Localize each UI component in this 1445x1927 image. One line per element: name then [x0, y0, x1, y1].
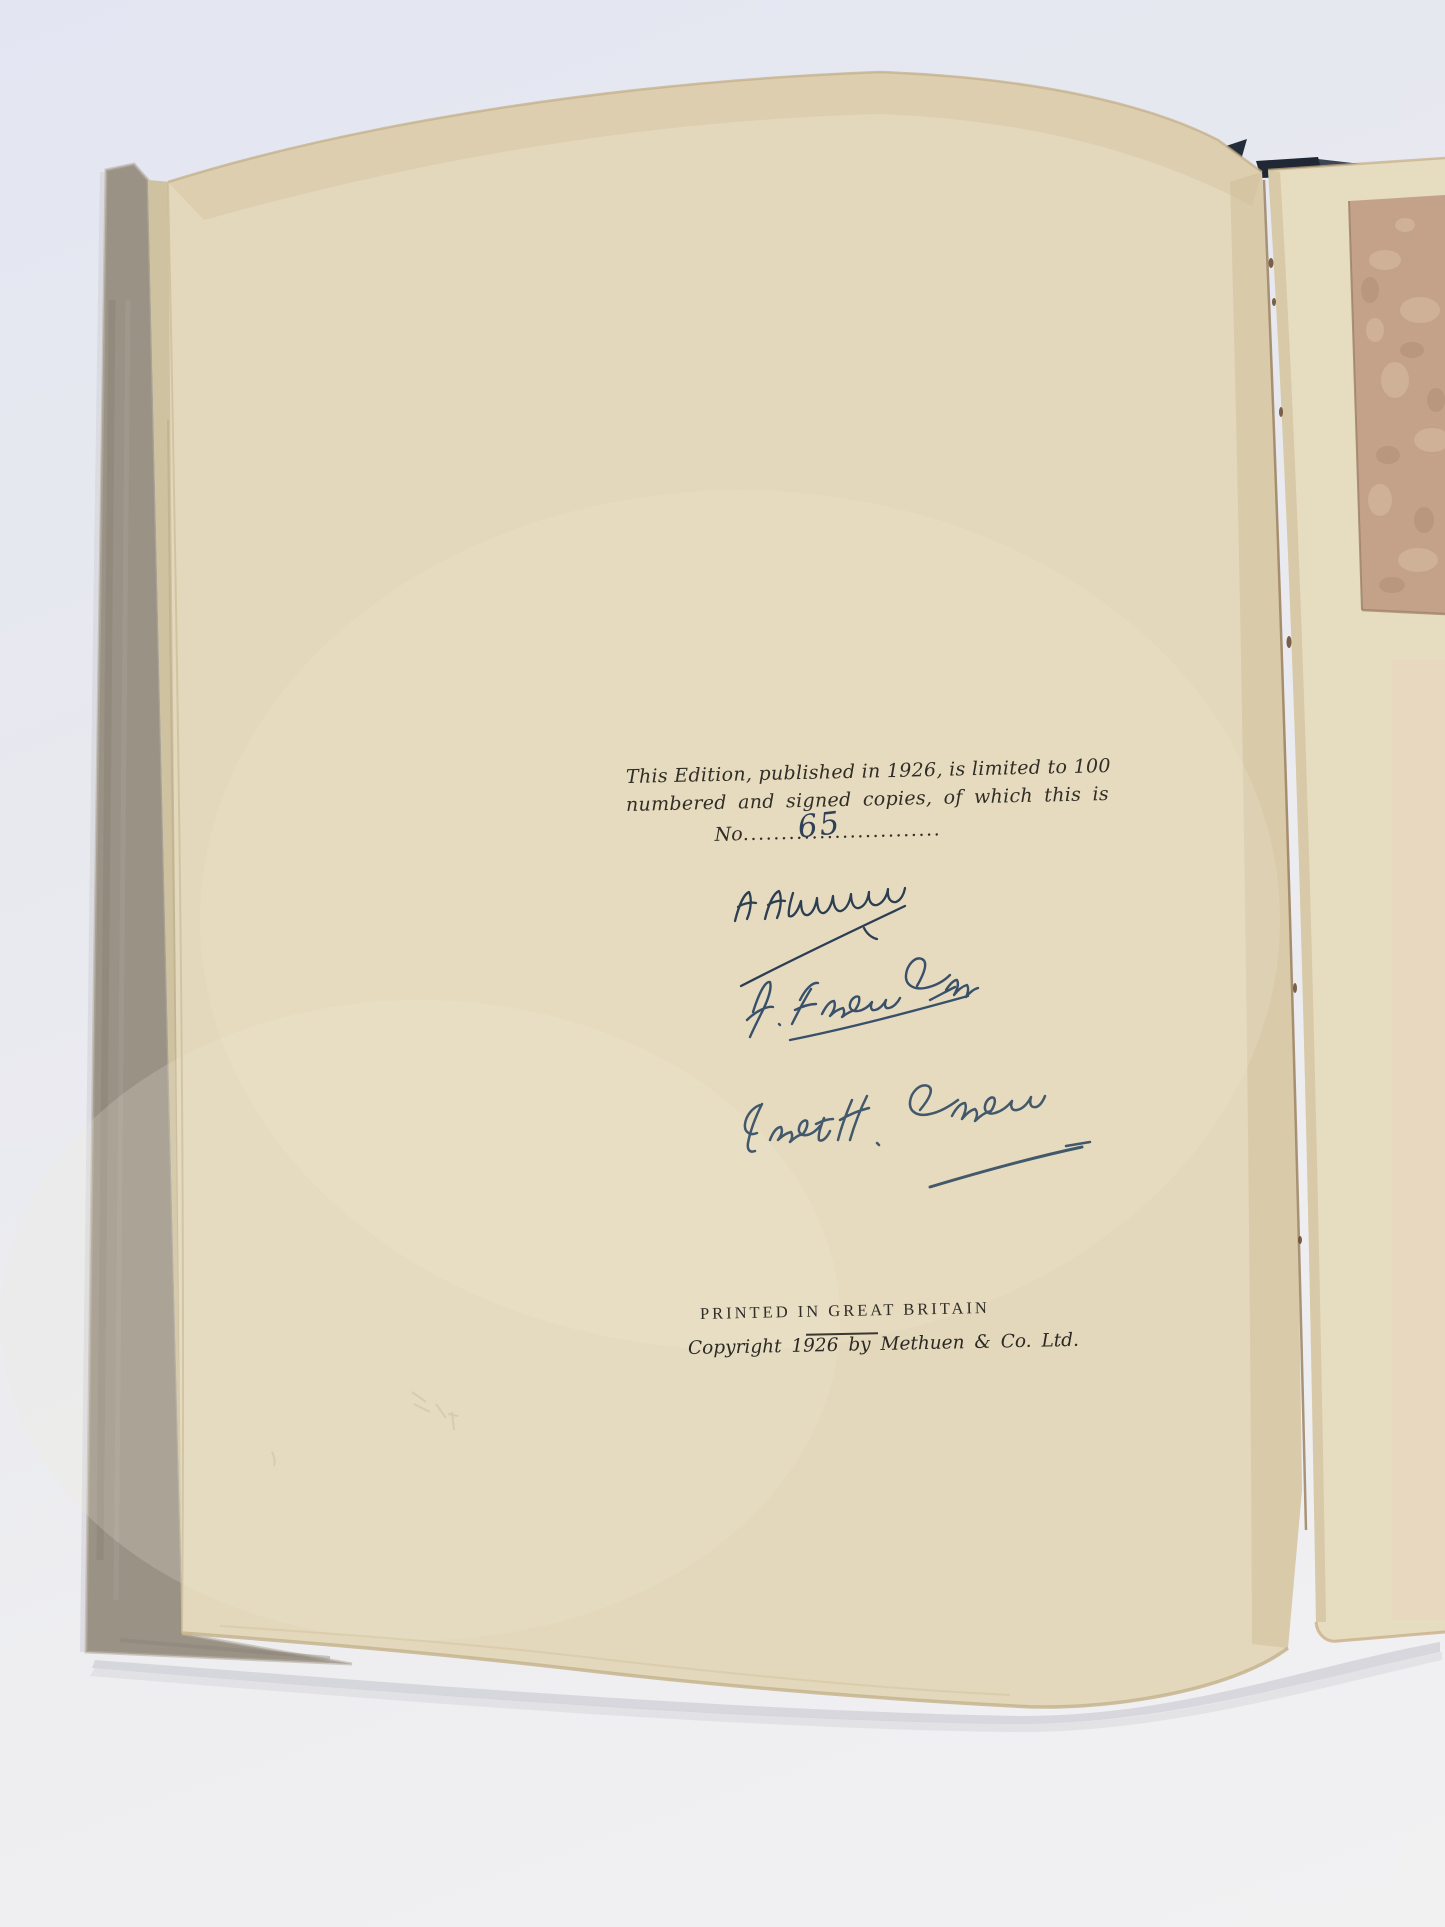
handwritten-edition-number: 65	[796, 805, 843, 846]
book-geometry	[0, 0, 1445, 1927]
number-prefix: No	[714, 823, 743, 846]
photo-of-open-book: This Edition, published in 1926, is limi…	[0, 0, 1445, 1927]
signature-ernest-h-shepard: Ernest H. Shepard	[735, 1080, 1100, 1205]
left-page	[0, 72, 1302, 1707]
tipped-in-sheet	[1349, 195, 1445, 614]
signature-h-fraser-simson: H. Fraser Simson	[735, 945, 980, 1050]
